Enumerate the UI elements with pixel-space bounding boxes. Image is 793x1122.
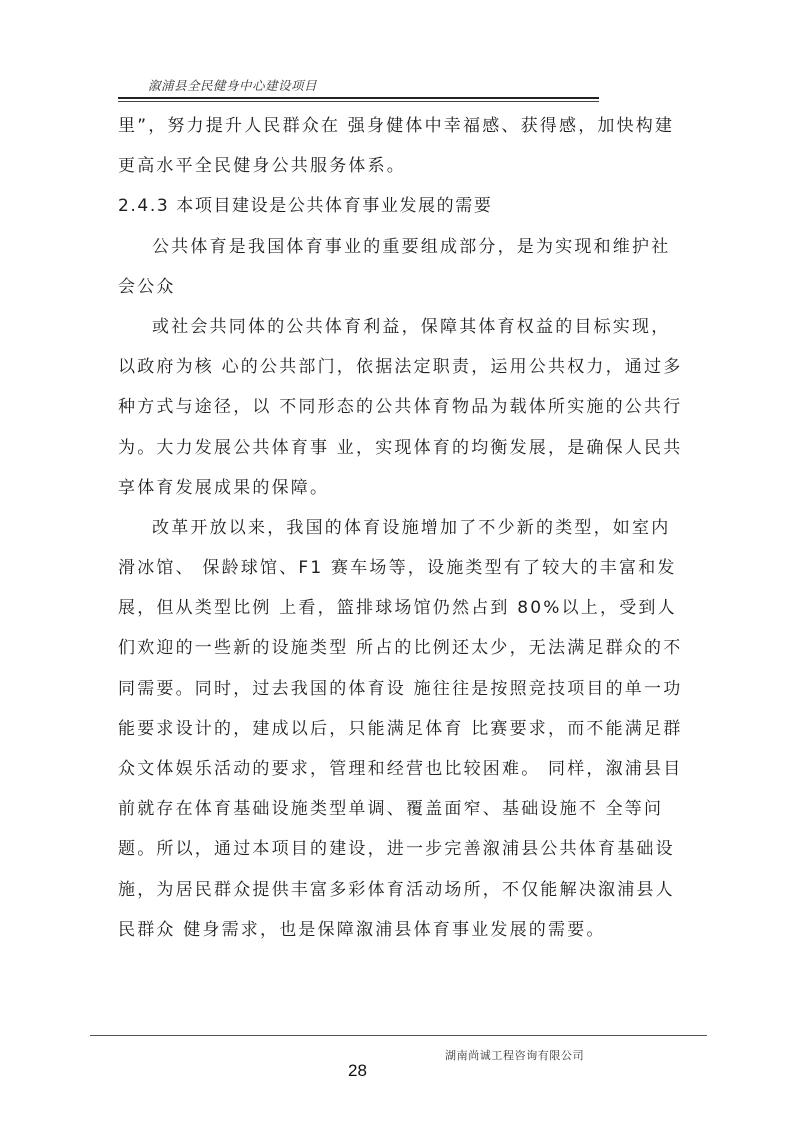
body-text: 里”，努力提升人民群众在 强身健体中幸福感、获得感，加快构建 更高水平全民健身公… [118, 106, 598, 950]
page-footer: 湖南尚诚工程咨询有限公司 28 [90, 1035, 707, 1095]
header-title: 溆浦县全民健身中心建设项目 [148, 76, 317, 94]
paragraph-start: 或社会共同体的公共体育利益，保障其体育权益的目标实现， [118, 307, 598, 347]
text-line: 会公众 [118, 267, 598, 307]
text-line: 施，为居民群众提供丰富多彩体育活动场所，不仅能解决溆浦县人 [118, 870, 598, 910]
footer-divider [90, 1035, 707, 1036]
text-line: 众文体娱乐活动的要求，管理和经营也比较困难。 同样，溆浦县目 [118, 749, 598, 789]
text-line: 们欢迎的一些新的设施类型 所占的比例还太少，无法满足群众的不 [118, 628, 598, 668]
text-line: 展，但从类型比例 上看，篮排球场馆仍然占到 80%以上，受到人 [118, 588, 598, 628]
text-line: 为。大力发展公共体育事 业，实现体育的均衡发展，是确保人民共 [118, 428, 598, 468]
paragraph-start: 公共体育是我国体育事业的重要组成部分，是为实现和维护社 [118, 227, 598, 267]
text-line: 里”，努力提升人民群众在 强身健体中幸福感、获得感，加快构建 [118, 106, 598, 146]
section-heading: 2.4.3 本项目建设是公共体育事业发展的需要 [118, 186, 598, 226]
text-line: 题。所以，通过本项目的建设，进一步完善溆浦县公共体育基础设 [118, 829, 598, 869]
text-line: 滑冰馆、 保龄球馆、F1 赛车场等，设施类型有了较大的丰富和发 [118, 548, 598, 588]
text-line: 种方式与途径，以 不同形态的公共体育物品为载体所实施的公共行 [118, 387, 598, 427]
text-line: 更高水平全民健身公共服务体系。 [118, 146, 598, 186]
text-line: 前就存在体育基础设施类型单调、覆盖面窄、基础设施不 全等问 [118, 789, 598, 829]
text-line: 享体育发展成果的保障。 [118, 468, 598, 508]
page-header: 溆浦县全民健身中心建设项目 [118, 74, 599, 104]
header-divider-thin [118, 101, 599, 102]
text-line: 民群众 健身需求，也是保障溆浦县体育事业发展的需要。 [118, 910, 598, 950]
page-number: 28 [348, 1061, 367, 1081]
text-line: 同需要。同时，过去我国的体育设 施往往是按照竞技项目的单一功 [118, 669, 598, 709]
text-line: 以政府为核 心的公共部门，依据法定职责，运用公共权力，通过多 [118, 347, 598, 387]
company-name: 湖南尚诚工程咨询有限公司 [445, 1047, 584, 1063]
header-divider [118, 97, 599, 99]
text-line: 能要求设计的，建成以后，只能满足体育 比赛要求，而不能满足群 [118, 709, 598, 749]
paragraph-start: 改革开放以来，我国的体育设施增加了不少新的类型，如室内 [118, 508, 598, 548]
